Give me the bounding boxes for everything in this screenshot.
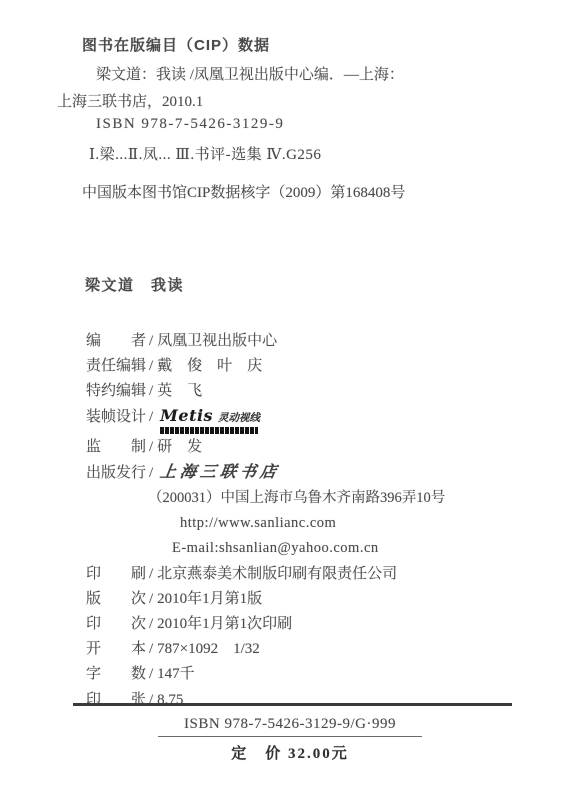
price-value: 32.00元 [288,746,349,762]
row-label: 责任编辑 [86,354,148,379]
row-label: 开 本 [86,637,148,662]
row-label: 印 张 [86,688,148,713]
row-label: 版 次 [86,587,148,612]
colophon-row-impression: 印 次/2010年1月第1次印刷 [86,612,526,637]
colophon-row-printer: 印 刷/北京燕泰美术制版印刷有限责任公司 [86,562,526,587]
metis-logo-bar [160,427,258,434]
metis-logo: Metis灵动视线 [154,408,260,434]
cip-publisher-line: 上海三联书店，2010.1 [57,90,203,111]
colophon-row-design: 装帧设计/Metis灵动视线 [86,405,526,435]
publisher-email: E-mail:shsanlian@yahoo.com.cn [172,536,526,561]
copyright-page: 图书在版编目（CIP）数据 梁文道：我读 /凤凰卫视出版中心编．—上海： 上海三… [0,0,562,800]
colophon-row-responsible-editor: 责任编辑/戴 俊 叶 庆 [86,354,526,379]
publisher-calligraphy: 上海三联书店 [152,460,282,485]
metis-logo-tagline: 灵动视线 [213,413,260,424]
publisher-address: （200031）中国上海市乌鲁木齐南路396弄10号 [148,486,526,511]
footer: ISBN 978-7-5426-3129-9/G·999 定 价 32.00元 [30,716,550,763]
price: 定 价 32.00元 [30,742,550,763]
row-value: 北京燕泰美术制版印刷有限责任公司 [154,566,397,582]
row-value: 戴 俊 叶 庆 [154,358,262,374]
row-value: 787×1092 1/32 [154,641,260,657]
colophon-list: 编 者/凤凰卫视出版中心 责任编辑/戴 俊 叶 庆 特约编辑/英 飞 装帧设计/… [86,329,526,713]
row-value: 2010年1月第1次印刷 [154,616,292,632]
row-label: 印 刷 [86,562,148,587]
colophon-row-editor: 编 者/凤凰卫视出版中心 [86,329,526,354]
colophon-row-sheets: 印 张/8.75 [86,688,526,713]
row-value: 凤凰卫视出版中心 [154,333,277,349]
publisher-website: http://www.sanlianc.com [180,511,526,536]
colophon-row-format: 开 本/787×1092 1/32 [86,637,526,662]
cip-classification: Ⅰ.梁...Ⅱ.凤... Ⅲ.书评-选集 Ⅳ.G256 [89,143,321,164]
row-label: 装帧设计 [86,405,148,430]
price-label: 定 价 [231,746,282,762]
cip-title-line: 梁文道：我读 /凤凰卫视出版中心编．—上海： [96,63,404,84]
row-label: 字 数 [86,662,148,687]
row-label: 出版发行 [86,461,148,486]
row-label: 监 制 [86,435,148,460]
colophon-row-word-count: 字 数/147千 [86,662,526,687]
colophon-row-supervisor: 监 制/研 发 [86,435,526,460]
colophon-row-publisher: 出版发行/上海三联书店 [86,460,526,486]
row-value: 2010年1月第1版 [154,591,262,607]
row-label: 编 者 [86,329,148,354]
row-value: 研 发 [154,439,202,455]
footer-divider-rule [73,703,512,706]
row-value: 英 飞 [154,383,202,399]
metis-logo-brand: Metis [160,406,213,425]
row-label: 特约编辑 [86,379,148,404]
cip-isbn: ISBN 978-7-5426-3129-9 [96,116,284,133]
footer-isbn: ISBN 978-7-5426-3129-9/G·999 [30,716,550,733]
cip-heading: 图书在版编目（CIP）数据 [82,34,270,55]
row-value: 147千 [154,666,195,682]
row-label: 印 次 [86,612,148,637]
footer-isbn-underline [158,736,422,737]
colophon-row-contract-editor: 特约编辑/英 飞 [86,379,526,404]
book-title: 梁文道 我读 [85,274,184,295]
colophon-row-edition: 版 次/2010年1月第1版 [86,587,526,612]
cip-registration-number: 中国版本图书馆CIP数据核字（2009）第168408号 [82,181,405,202]
